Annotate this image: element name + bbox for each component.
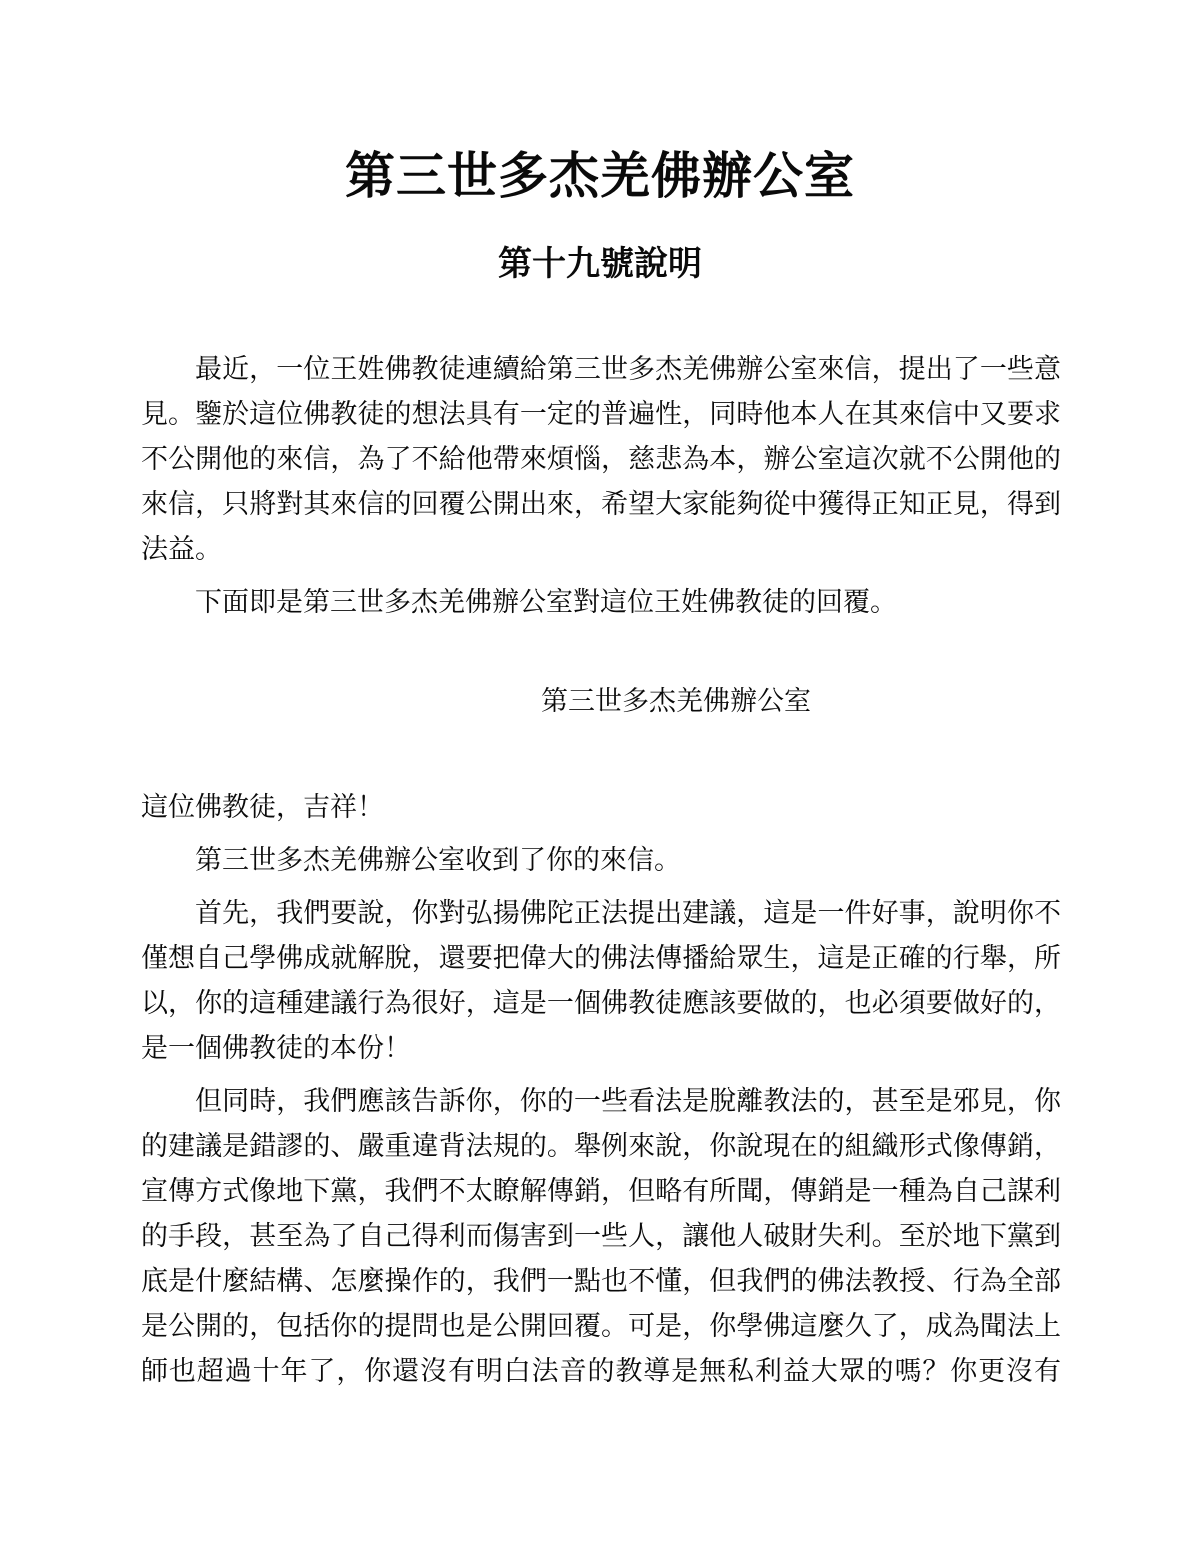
document-title: 第三世多杰羌佛辦公室 (0, 0, 1200, 206)
text-line: 底是什麼結構、怎麼操作的，我們一點也不懂，但我們的佛法教授、行為全部 (141, 1259, 1061, 1304)
text-line: 法益。 (141, 527, 1061, 572)
document-subtitle: 第十九號說明 (0, 242, 1200, 287)
paragraph-received: 第三世多杰羌佛辦公室收到了你的來信。 (141, 838, 1061, 883)
text-line: 以，你的這種建議行為很好，這是一個佛教徒應該要做的，也必須要做好的， (141, 981, 1061, 1026)
text-line: 是一個佛教徒的本份！ (141, 1026, 1061, 1071)
text-line: 最近，一位王姓佛教徒連續給第三世多杰羌佛辦公室來信，提出了一些意 (141, 347, 1061, 392)
text-line: 宣傳方式像地下黨，我們不太瞭解傳銷，但略有所聞，傳銷是一種為自己謀利 (141, 1169, 1061, 1214)
text-line: 師也超過十年了，你還沒有明白法音的教導是無私利益大眾的嗎？你更沒有 (141, 1349, 1061, 1394)
paragraph-lead-in: 下面即是第三世多杰羌佛辦公室對這位王姓佛教徒的回覆。 (141, 580, 1061, 625)
text-line: 首先，我們要說，你對弘揚佛陀正法提出建議，這是一件好事，說明你不 (141, 891, 1061, 936)
paragraph-praise: 首先，我們要說，你對弘揚佛陀正法提出建議，這是一件好事，說明你不僅想自己學佛成就… (141, 891, 1061, 1071)
text-line: 的手段，甚至為了自己得利而傷害到一些人，讓他人破財失利。至於地下黨到 (141, 1214, 1061, 1259)
text-line: 是公開的，包括你的提問也是公開回覆。可是，你學佛這麼久了，成為聞法上 (141, 1304, 1061, 1349)
text-line: 來信，只將對其來信的回覆公開出來，希望大家能夠從中獲得正知正見，得到 (141, 482, 1061, 527)
document-page: 第三世多杰羌佛辦公室 第十九號說明 最近，一位王姓佛教徒連續給第三世多杰羌佛辦公… (0, 0, 1200, 1553)
text-line: 下面即是第三世多杰羌佛辦公室對這位王姓佛教徒的回覆。 (141, 580, 1061, 625)
text-line: 這位佛教徒，吉祥！ (141, 785, 1061, 830)
text-line: 第三世多杰羌佛辦公室收到了你的來信。 (141, 838, 1061, 883)
paragraph-intro: 最近，一位王姓佛教徒連續給第三世多杰羌佛辦公室來信，提出了一些意見。鑒於這位佛教… (141, 347, 1061, 572)
text-line: 第三世多杰羌佛辦公室 (291, 679, 1061, 724)
text-line: 僅想自己學佛成就解脫，還要把偉大的佛法傳播給眾生，這是正確的行舉，所 (141, 936, 1061, 981)
salutation: 這位佛教徒，吉祥！ (141, 785, 1061, 830)
text-line: 不公開他的來信，為了不給他帶來煩惱，慈悲為本，辦公室這次就不公開他的 (141, 437, 1061, 482)
office-signature-line: 第三世多杰羌佛辦公室 (291, 679, 1061, 724)
document-body: 最近，一位王姓佛教徒連續給第三世多杰羌佛辦公室來信，提出了一些意見。鑒於這位佛教… (141, 347, 1061, 1394)
text-line: 但同時，我們應該告訴你，你的一些看法是脫離教法的，甚至是邪見，你 (141, 1079, 1061, 1124)
text-line: 見。鑒於這位佛教徒的想法具有一定的普遍性，同時他本人在其來信中又要求 (141, 392, 1061, 437)
paragraph-correction: 但同時，我們應該告訴你，你的一些看法是脫離教法的，甚至是邪見，你的建議是錯謬的、… (141, 1079, 1061, 1394)
text-line: 的建議是錯謬的、嚴重違背法規的。舉例來說，你說現在的組織形式像傳銷， (141, 1124, 1061, 1169)
